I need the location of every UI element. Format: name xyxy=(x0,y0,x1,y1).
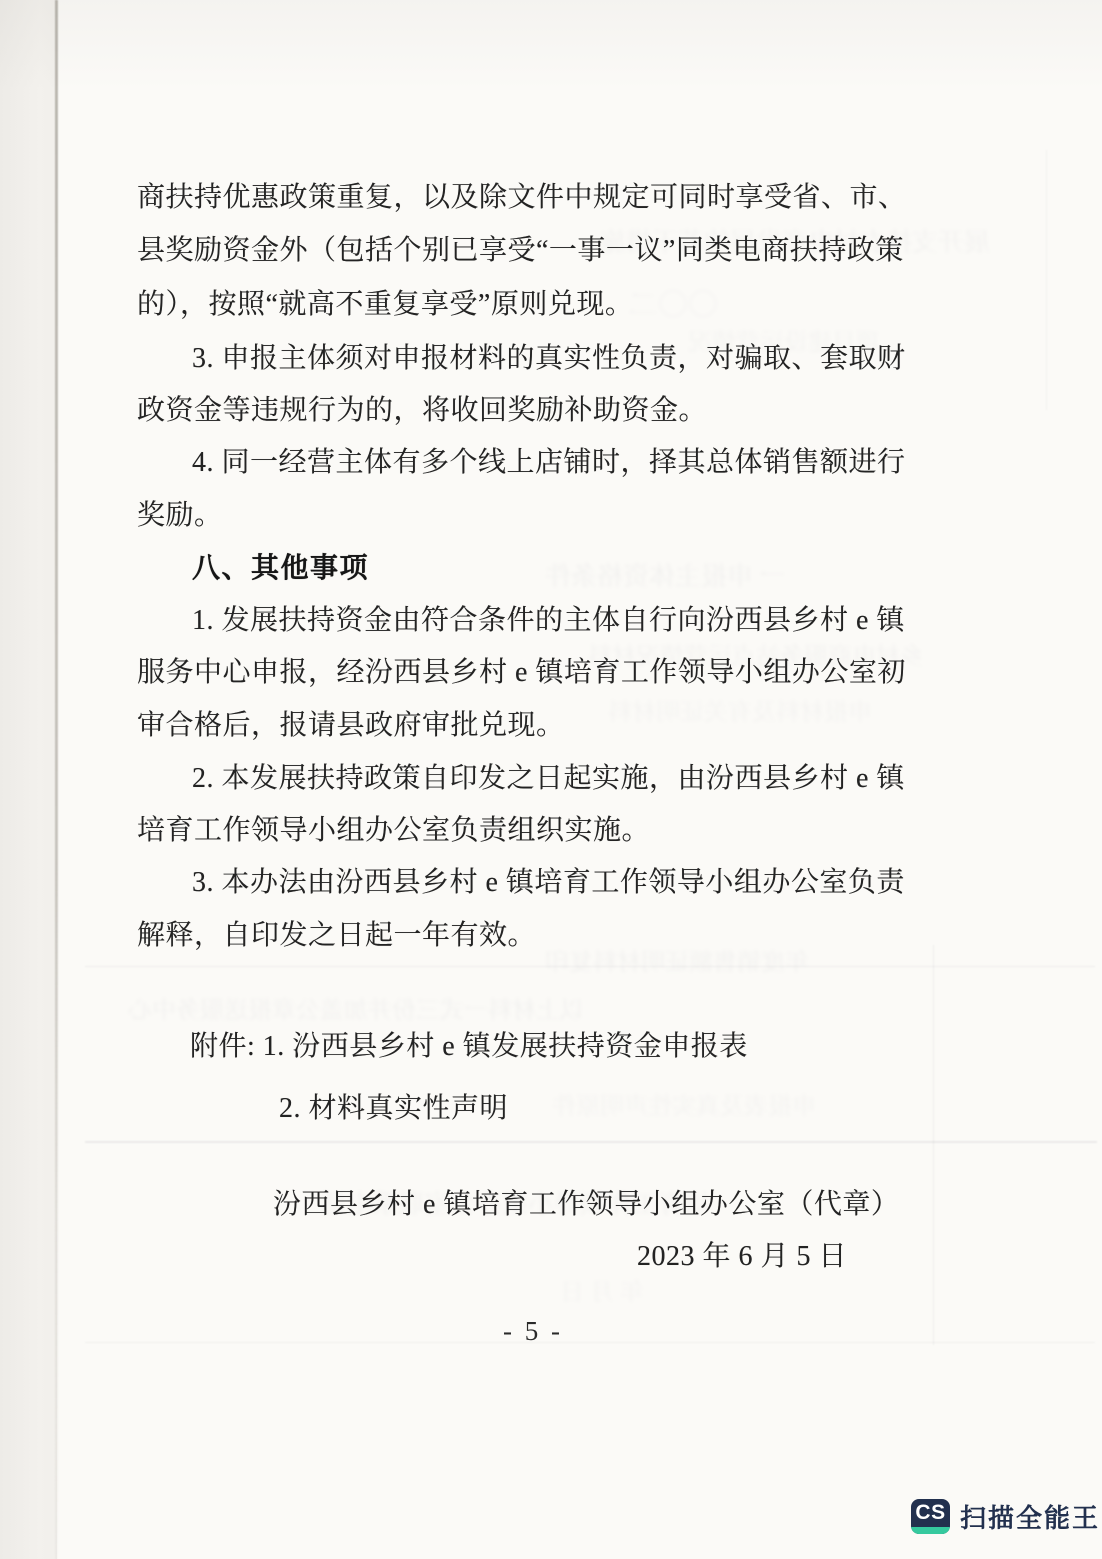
document-line: 服务中心申报，经汾西县乡村 e 镇培育工作领导小组办公室初 xyxy=(137,656,906,690)
document-line: 培育工作领导小组办公室负责组织实施。 xyxy=(137,814,650,848)
camscanner-watermark: CS 扫描全能王 xyxy=(911,1496,1100,1536)
bleed-through-rule xyxy=(85,1342,1095,1343)
bleed-through-rule xyxy=(85,966,1095,967)
bleed-through-text: 年度销售额证明材料复印 xyxy=(545,942,809,977)
bleed-through-text: 以上材料一式三份并加盖公章报送服务中心 xyxy=(128,990,584,1025)
scanned-page: 展开支持农村电商发展的若干措施〇〇二项目建设运营情况一 申报主体资格条件乡村电商… xyxy=(0,0,1102,1559)
document-line: 3. 申报主体须对申报材料的真实性负责，对骗取、套取财 xyxy=(192,342,906,376)
document-line: 2023 年 6 月 5 日 xyxy=(637,1240,847,1274)
camscanner-icon-teal-band xyxy=(911,1527,950,1534)
camscanner-icon-letters: CS xyxy=(915,1499,945,1526)
document-line: 2. 材料真实性声明 xyxy=(279,1092,508,1126)
bleed-through-text: 〇〇二 xyxy=(628,280,718,324)
bleed-through-rule xyxy=(85,1141,1097,1143)
document-line: 2. 本发展扶持政策自印发之日起实施，由汾西县乡村 e 镇 xyxy=(192,762,905,796)
document-line: 县奖励资金外（包括个别已享受“一事一议”同类电商扶持政策 xyxy=(137,234,904,268)
document-line: 商扶持优惠政策重复，以及除文件中规定可同时享受省、市、 xyxy=(137,181,907,215)
camscanner-logo-icon: CS xyxy=(911,1499,950,1534)
document-line: 3. 本办法由汾西县乡村 e 镇培育工作领导小组办公室负责 xyxy=(192,866,905,900)
page-left-margin-shade xyxy=(0,0,57,1559)
document-line: 审合格后，报请县政府审批兑现。 xyxy=(137,709,565,743)
camscanner-app-name: 扫描全能王 xyxy=(960,1498,1100,1535)
document-line: 的），按照“就高不重复享受”原则兑现。 xyxy=(137,288,633,322)
bleed-through-text: 一 申报主体资格条件 xyxy=(545,556,786,593)
bleed-through-text: 申报材料及有关证明材料 xyxy=(608,692,872,727)
bleed-through-text: 申报表及真实性声明原件 xyxy=(552,1086,816,1121)
document-line: 4. 同一经营主体有多个线上店铺时，择其总体销售额进行 xyxy=(192,446,906,480)
page-top-shade xyxy=(0,0,1102,90)
document-line: 八、其他事项 xyxy=(192,551,369,585)
document-line: 奖励。 xyxy=(137,499,223,533)
bleed-through-text: 年 月 日 xyxy=(560,1272,644,1307)
document-line: 解释，自印发之日起一年有效。 xyxy=(137,919,536,953)
document-line: 汾西县乡村 e 镇培育工作领导小组办公室（代章） xyxy=(273,1188,899,1222)
bleed-through-rule xyxy=(1046,150,1047,410)
page-edge-line xyxy=(55,0,58,1559)
document-line: 政资金等违规行为的，将收回奖励补助资金。 xyxy=(137,394,707,428)
bleed-through-rule xyxy=(933,945,934,1345)
document-line: 1. 发展扶持资金由符合条件的主体自行向汾西县乡村 e 镇 xyxy=(192,604,905,638)
page-number: - 5 - xyxy=(503,1316,563,1347)
document-line: 附件: 1. 汾西县乡村 e 镇发展扶持资金申报表 xyxy=(190,1030,748,1064)
